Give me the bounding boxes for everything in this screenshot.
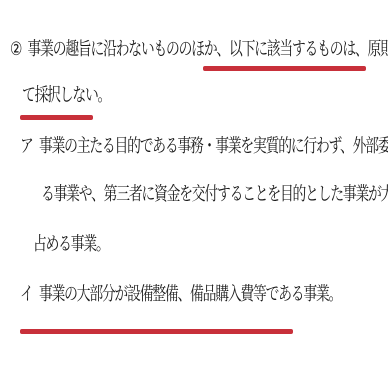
highlight-underline-2 xyxy=(20,115,93,120)
item-number: ② xyxy=(10,39,21,60)
paragraph-line-2: て採択しない。 xyxy=(22,84,110,108)
item-i-text-1: 事業の大部分が設備整備、備品購入費等である事業。 xyxy=(39,284,341,305)
item-a-text-3: 占める事業。 xyxy=(33,234,109,255)
paragraph-line-1: ② 事業の趣旨に沿わないもののほか、以下に該当するものは、原則とし xyxy=(10,38,388,62)
item-i-line-1: イ 事業の大部分が設備整備、備品購入費等である事業。 xyxy=(20,283,341,307)
highlight-underline-3 xyxy=(20,329,293,334)
highlight-underline-1 xyxy=(203,66,366,71)
item-a-text-2: る事業や、第三者に資金を交付することを目的とした事業が大部分を xyxy=(41,184,388,205)
item-a-line-2: る事業や、第三者に資金を交付することを目的とした事業が大部分を xyxy=(41,183,388,207)
item-a-line-1: ア 事業の主たる目的である事務・事業を実質的に行わず、外部委託す xyxy=(20,135,388,159)
paragraph-text-prefix: 事業の趣旨に沿わないもののほか、 xyxy=(28,39,229,60)
paragraph-text-highlight: 以下に該当するものは、原則とし xyxy=(229,39,388,60)
item-i-marker: イ xyxy=(20,284,33,305)
item-a-text-1: 事業の主たる目的である事務・事業を実質的に行わず、外部委託す xyxy=(39,136,388,157)
item-a-marker: ア xyxy=(20,136,33,157)
paragraph-text-highlight-2: て採択しない。 xyxy=(22,85,110,106)
item-a-line-3: 占める事業。 xyxy=(33,233,109,257)
